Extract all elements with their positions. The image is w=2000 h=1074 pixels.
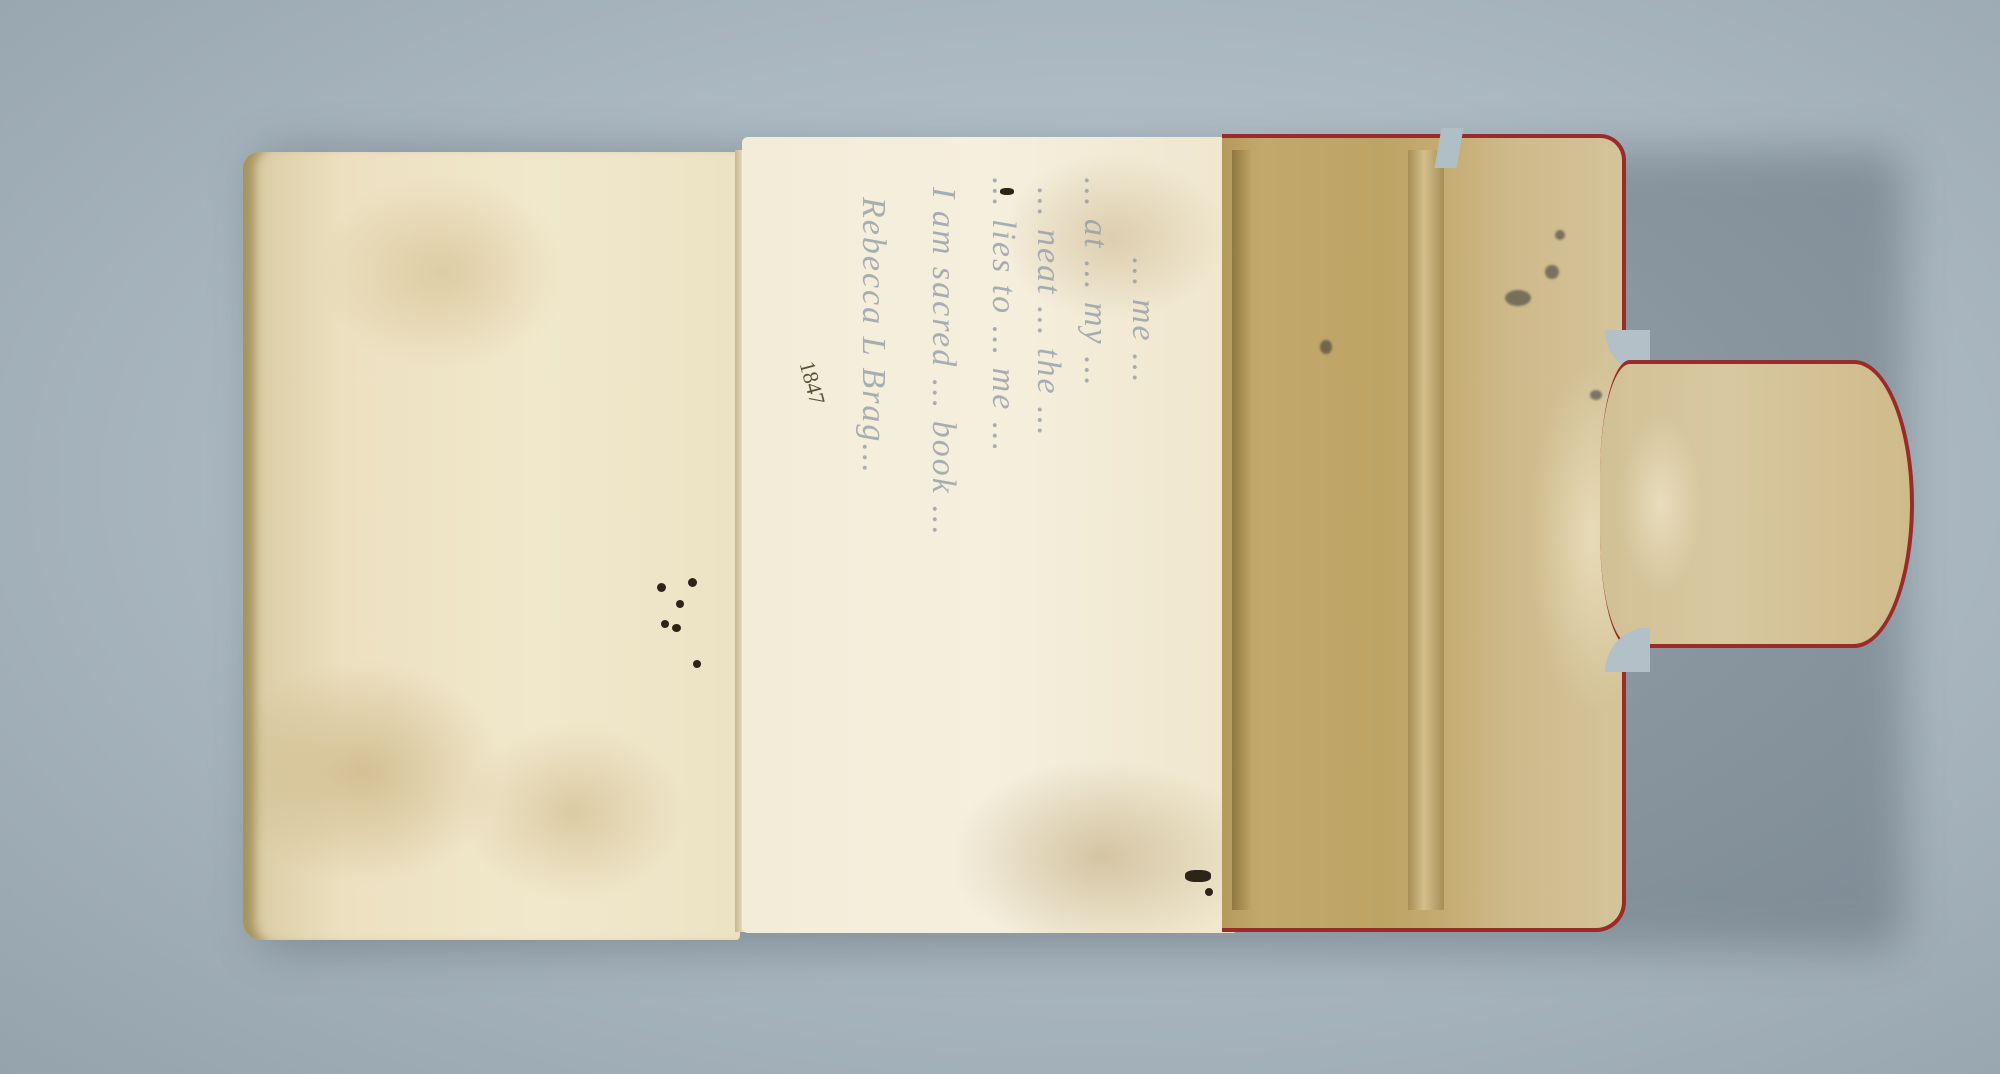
mold-spot — [1320, 340, 1332, 354]
mold-spot — [1555, 230, 1565, 240]
foxing-spot — [688, 578, 697, 587]
inscription-line: I am sacred ... book ... — [924, 187, 962, 537]
ink-stain — [1000, 188, 1014, 195]
left-endpaper: Blank foxed endpaper with water stains — [243, 152, 740, 940]
pencil-inscription: Rebecca L Brag... I am sacred ... book .… — [742, 137, 1238, 933]
foxing-spot — [676, 600, 684, 608]
ink-stain — [1185, 870, 1211, 882]
foxing-spot — [661, 620, 669, 628]
clasp-tab — [1600, 360, 1914, 648]
inscription-line: ... lies to ... me ... — [984, 177, 1022, 453]
mold-spot — [1590, 390, 1602, 400]
inscription-line: Rebecca L Brag... — [854, 197, 892, 475]
ink-stain — [1205, 888, 1213, 896]
mold-spot — [1505, 290, 1531, 306]
foxing-spot — [657, 583, 666, 592]
inscription-line: ... neat ... the ... — [1029, 187, 1067, 438]
foxing-spot — [693, 660, 701, 668]
tab-neck-bottom — [1590, 628, 1650, 672]
inscription-line: ... me ... — [1124, 257, 1162, 385]
foxing-spot — [672, 624, 681, 632]
cover-fold-crease — [1408, 150, 1444, 910]
cover-turn-in — [1232, 150, 1254, 910]
inscription-line: ... at ... my ... — [1076, 177, 1114, 388]
mold-spot — [1545, 265, 1559, 279]
